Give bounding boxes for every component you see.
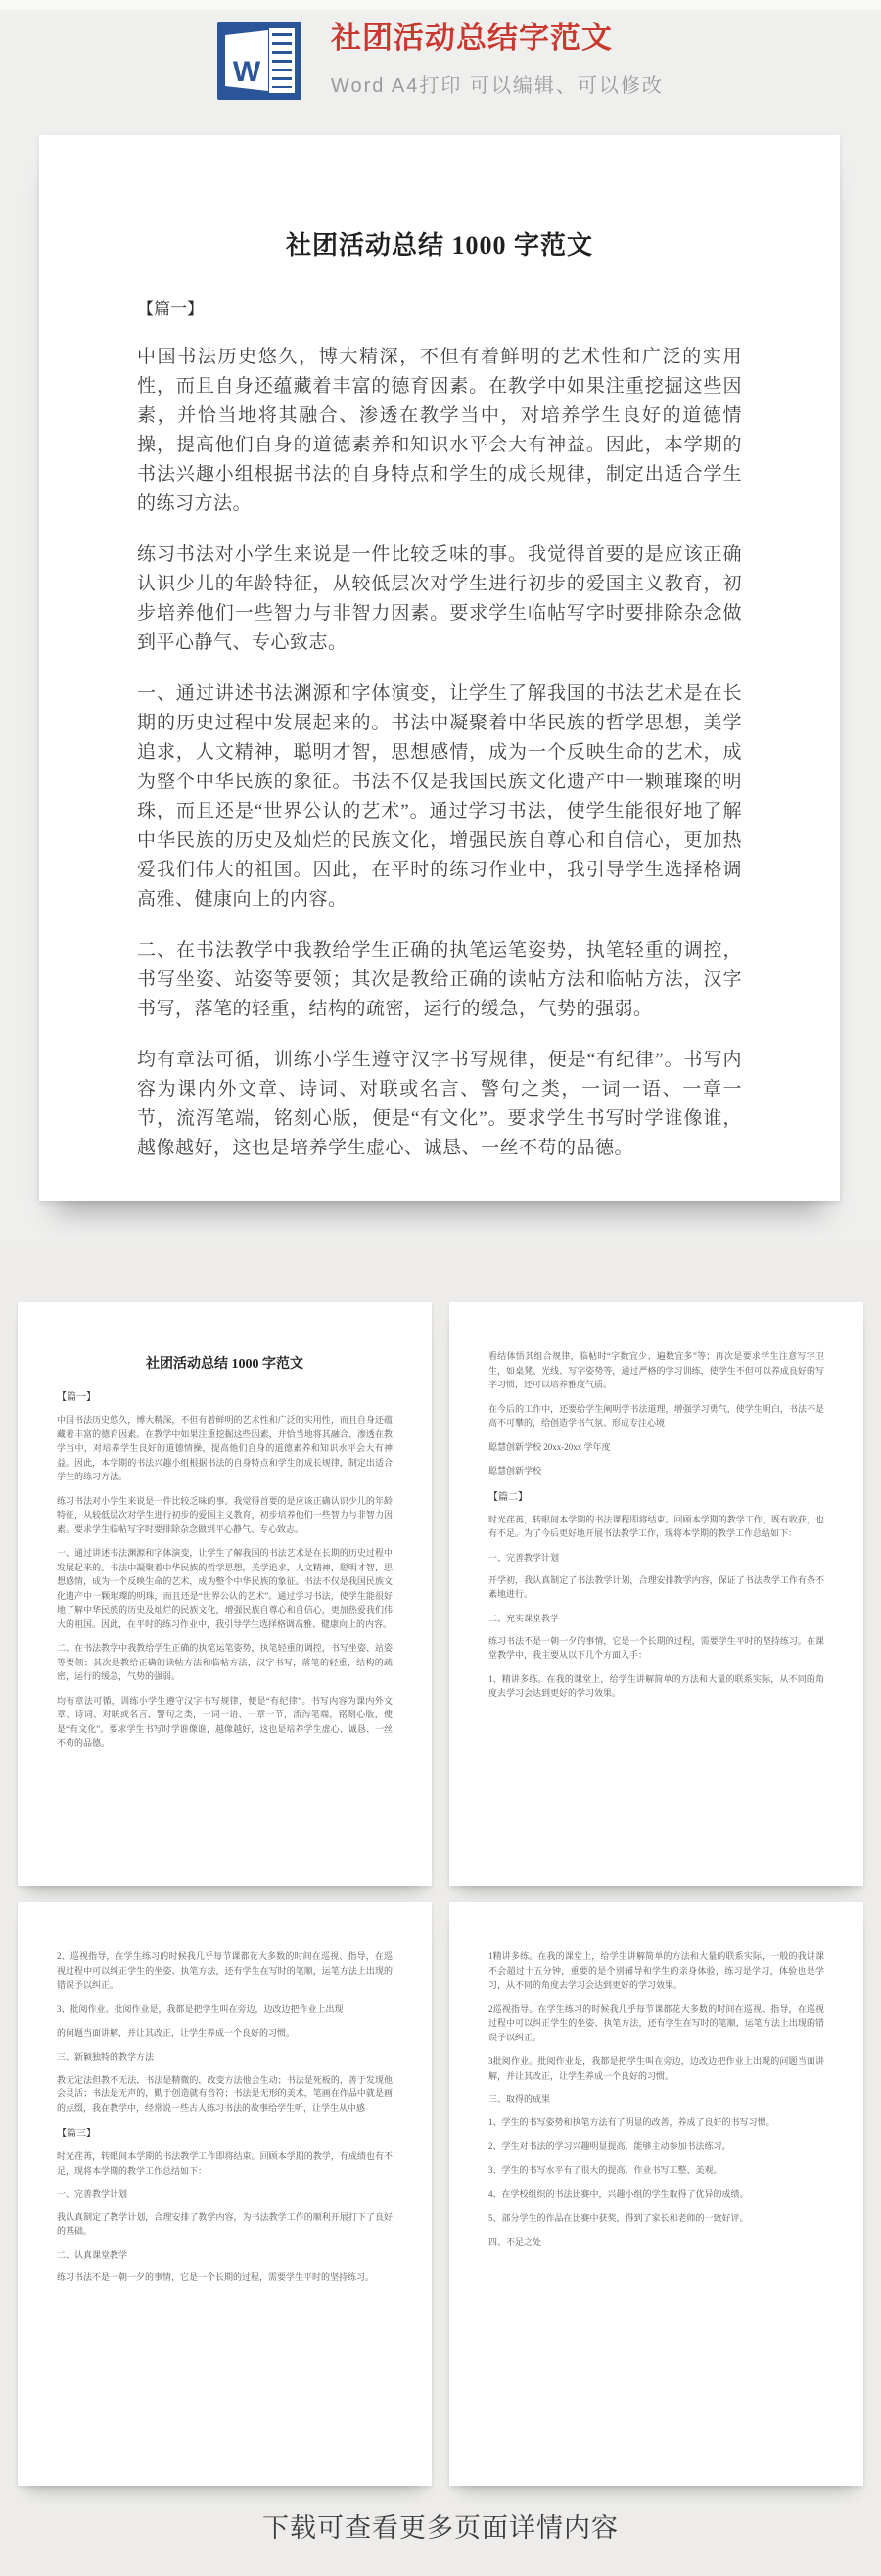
thumb-para: 的问题当面讲解，并让其改正，让学生养成一个良好的习惯。 — [57, 2026, 393, 2040]
thumb-para: 2、学生对书法的学习兴趣明显提高，能够主动参加书法练习。 — [488, 2139, 824, 2154]
document-section-label: 【篇一】 — [137, 295, 742, 319]
thumb-para: 2巡视指导。在学生练习的时候我几乎每节课都花大多数的时间在巡视、指导，在巡视过程… — [488, 2002, 824, 2045]
document-paragraph: 练习书法对小学生来说是一件比较乏味的事。我觉得首要的是应该正确认识少儿的年龄特征… — [137, 540, 742, 658]
thumb-heading: 三、取得的成果 — [488, 2092, 824, 2105]
document-preview-page-1-thumbnail[interactable]: 社团活动总结 1000 字范文【篇一】中国书法历史悠久，博大精深，不但有着鲜明的… — [18, 1302, 432, 1886]
document-paragraph: 一、通过讲述书法渊源和字体演变，让学生了解我国的书法艺术是在长期的历史过程中发展… — [137, 679, 742, 914]
page-subtitle: Word A4打印 可以编辑、可以修改 — [331, 70, 664, 98]
thumb-para: 均有章法可循，训练小学生遵守汉字书写规律，便是“有纪律”。书写内容为课内外文章、… — [57, 1694, 393, 1751]
thumb-para: 时光荏苒，转眼间本学期的书法教学工作即将结束。回顾本学期的教学，有成绩也有不足，… — [57, 2149, 393, 2178]
thumb-para: 二、在书法教学中我教给学生正确的执笔运笔姿势，执笔轻重的调控，书写坐姿、站姿等要… — [57, 1641, 393, 1684]
thumb-para: 3、批阅作业。批阅作业是，我都是把学生叫在旁边，边改边把作业上出现 — [57, 2002, 393, 2017]
thumb-para: 一、通过讲述书法渊源和字体演变，让学生了解我国的书法艺术是在长期的历史过程中发展… — [57, 1546, 393, 1631]
thumb-para: 练习书法不是一朝一夕的事情，它是一个长期的过程，需要学生平时的坚持练习。 — [57, 2271, 393, 2285]
document-body: 中国书法历史悠久，博大精深，不但有着鲜明的艺术性和广泛的实用性，而且自身还蕴藏着… — [137, 343, 742, 1163]
document-preview-page-2-thumbnail[interactable]: 看结体悟其组合规律，临帖时“字数宜少、遍数宜多”等；再次是要求学生注意写字卫生，… — [449, 1302, 863, 1886]
document-paragraph: 二、在书法教学中我教给学生正确的执笔运笔姿势，执笔轻重的调控，书写坐姿、站姿等要… — [137, 936, 742, 1024]
thumb-para: 1、精讲多练。在我的课堂上，给学生讲解简单的方法和大量的联系实际，从不同的角度去… — [488, 1672, 824, 1701]
thumb-label: 【篇三】 — [57, 2125, 393, 2139]
thumb-para: 2、巡视指导，在学生练习的时候我几乎每节课都花大多数的时间在巡视、指导，在巡视过… — [57, 1949, 393, 1992]
thumb-para: 在今后的工作中，还要给学生阐明学书法道理，增强学习勇气，使学生明白，书法不是高不… — [488, 1402, 824, 1430]
document-preview-page-3-thumbnail[interactable]: 2、巡视指导，在学生练习的时候我几乎每节课都花大多数的时间在巡视、指导，在巡视过… — [18, 1902, 432, 2486]
word-icon-sheet — [269, 28, 295, 93]
thumb-para: 聪慧创新学校 20xx-20xx 学年度 — [488, 1440, 824, 1455]
thumb-para: 教无定法但教不无法，书法是精微的，改变方法他会生动；书法是死板的，善于发现他会灵… — [57, 2073, 393, 2116]
word-icon-fold: W — [225, 30, 268, 91]
thumb-para: 看结体悟其组合规律，临帖时“字数宜少、遍数宜多”等；再次是要求学生注意写字卫生，… — [488, 1349, 824, 1392]
word-icon-letter: W — [233, 58, 260, 91]
thumb-para: 聪慧创新学校 — [488, 1464, 824, 1478]
thumb-para: 我认真制定了教学计划，合理安排了教学内容，为书法教学工作的顺利开展打下了良好的基… — [57, 2210, 393, 2238]
header: W 社团活动总结字范文 Word A4打印 可以编辑、可以修改 — [217, 22, 664, 100]
word-file-icon: W — [217, 22, 301, 100]
thumb-para: 练习书法对小学生来说是一件比较乏味的事。我觉得首要的是应该正确认识少儿的年龄特征… — [57, 1494, 393, 1537]
thumb-para: 3、学生的书写水平有了很大的提高，作业书写工整、美观。 — [488, 2163, 824, 2178]
thumb-heading: 二、认真课堂教学 — [57, 2248, 393, 2261]
thumb-doc-title: 社团活动总结 1000 字范文 — [57, 1353, 393, 1373]
thumb-heading: 一、完善教学计划 — [57, 2187, 393, 2200]
document-preview-page-4-thumbnail[interactable]: 1精讲多练。在我的课堂上，给学生讲解简单的方法和大量的联系实际，一般的我讲课不会… — [449, 1902, 863, 2486]
thumb-para: 4、在学校组织的书法比赛中，兴趣小组的学生取得了优异的成绩。 — [488, 2187, 824, 2202]
thumb-heading: 三、新颖独特的教学方法 — [57, 2050, 393, 2063]
thumb-para: 练习书法不是一朝一夕的事情，它是一个长期的过程，需要学生平时的坚持练习。在课堂教… — [488, 1634, 824, 1663]
thumb-heading: 一、完善教学计划 — [488, 1551, 824, 1564]
thumb-heading: 二、充实课堂教学 — [488, 1612, 824, 1624]
document-paragraph: 均有章法可循，训练小学生遵守汉字书写规律，便是“有纪律”。书写内容为课内外文章、… — [137, 1046, 742, 1163]
header-text: 社团活动总结字范文 Word A4打印 可以编辑、可以修改 — [331, 22, 664, 98]
thumb-para: 开学初，我认真制定了书法教学计划，合理安排教学内容，保证了书法教学工作有条不紊地… — [488, 1573, 824, 1602]
thumb-label: 【篇一】 — [57, 1388, 393, 1403]
thumbnail-grid: 社团活动总结 1000 字范文【篇一】中国书法历史悠久，博大精深，不但有着鲜明的… — [18, 1302, 863, 2486]
thumb-para: 中国书法历史悠久，博大精深，不但有着鲜明的艺术性和广泛的实用性，而且自身还蕴藏着… — [57, 1413, 393, 1484]
document-preview-page-1[interactable]: 社团活动总结 1000 字范文 【篇一】 中国书法历史悠久，博大精深，不但有着鲜… — [39, 135, 840, 1201]
thumb-para: 1、学生的书写姿势和执笔方法有了明显的改善，养成了良好的书写习惯。 — [488, 2115, 824, 2130]
thumb-heading: 四、不足之处 — [488, 2235, 824, 2248]
document-paragraph: 中国书法历史悠久，博大精深，不但有着鲜明的艺术性和广泛的实用性，而且自身还蕴藏着… — [137, 343, 742, 519]
thumb-para: 1精讲多练。在我的课堂上，给学生讲解简单的方法和大量的联系实际，一般的我讲课不会… — [488, 1949, 824, 1992]
thumb-label: 【篇二】 — [488, 1488, 824, 1503]
word-icon-lines — [272, 33, 292, 88]
thumb-para: 时光荏苒，转眼间本学期的书法课程即将结束。回顾本学期的教学工作，既有收获，也有不… — [488, 1513, 824, 1541]
thumb-para: 3批阅作业。批阅作业是，我都是把学生叫在旁边，边改边把作业上出现的问题当面讲解，… — [488, 2054, 824, 2083]
document-title: 社团活动总结 1000 字范文 — [39, 135, 840, 261]
download-note: 下载可查看更多页面详情内容 — [0, 2506, 881, 2545]
page-title: 社团活动总结字范文 — [331, 22, 664, 55]
thumb-para: 5、部分学生的作品在比赛中获奖，得到了家长和老师的一致好评。 — [488, 2211, 824, 2225]
top-strip — [0, 0, 881, 10]
